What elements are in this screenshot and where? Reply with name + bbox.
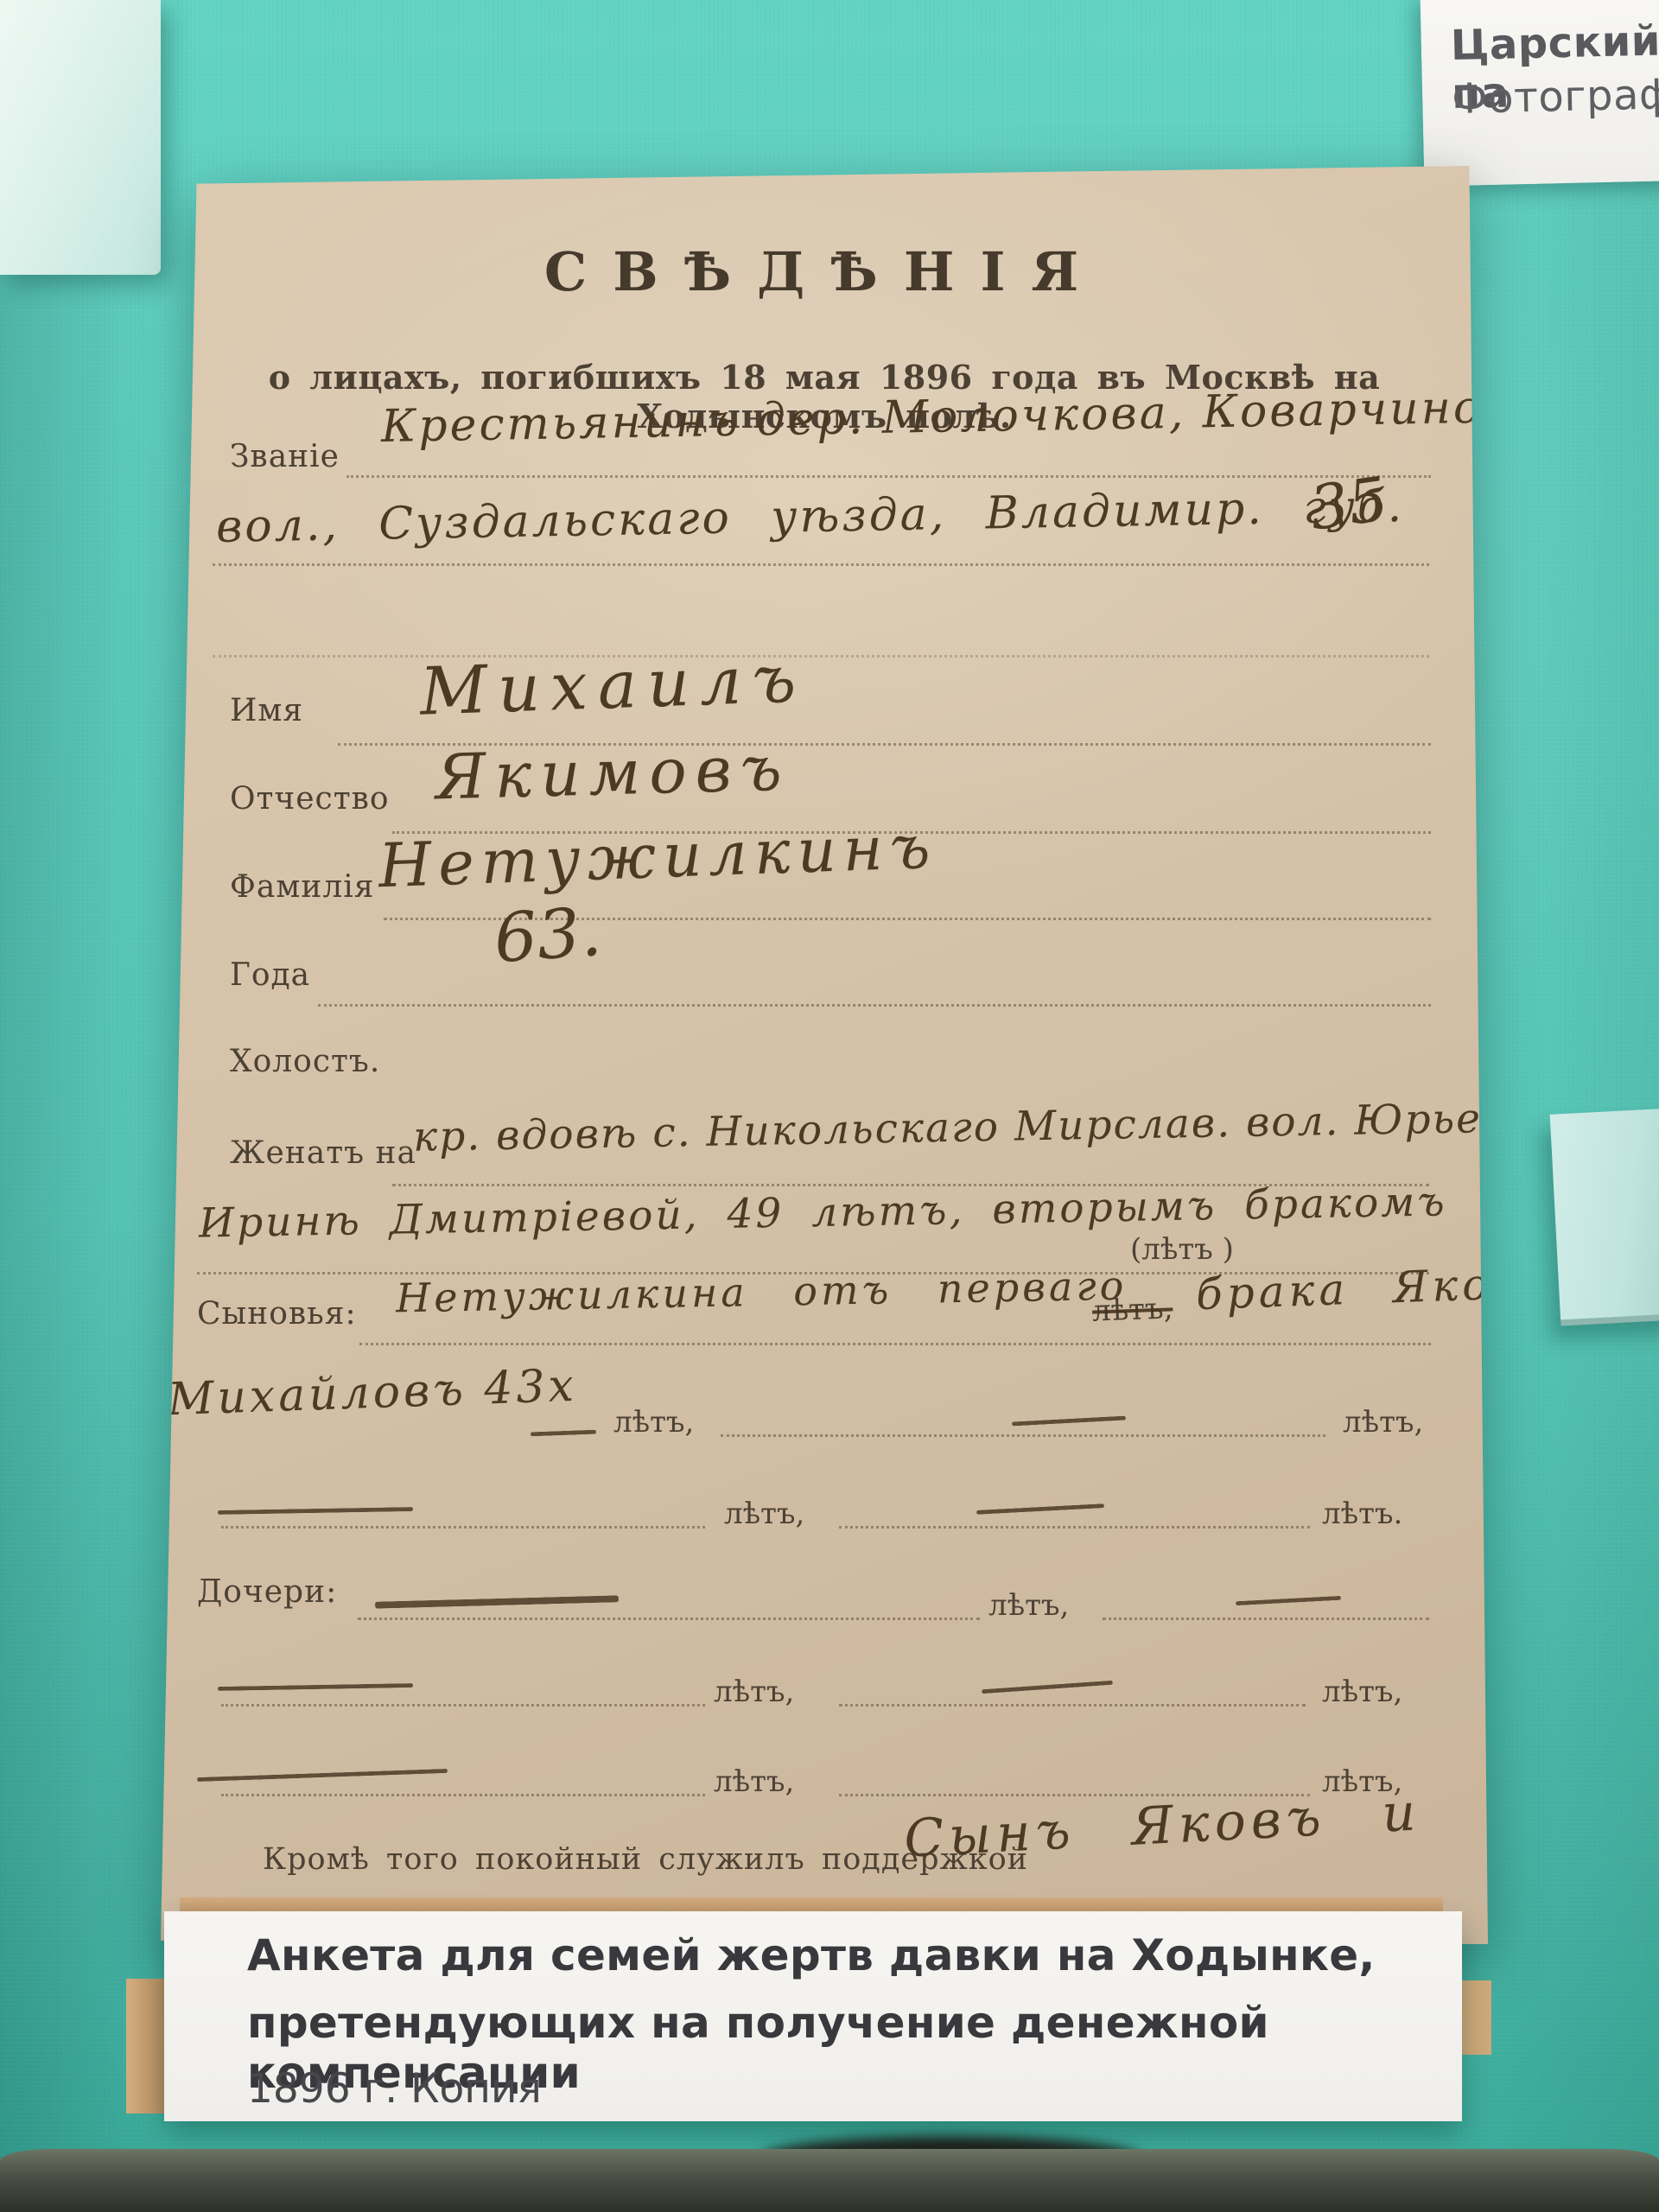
printed-let: лѣтъ, xyxy=(613,1405,694,1440)
hw-zvanie-line2: вол., Суздальскаго уѣзда, Владимир. губ. xyxy=(216,480,1405,553)
printed-let: лѣтъ, xyxy=(988,1588,1069,1623)
handwritten-dash xyxy=(1012,1416,1126,1427)
handwritten-dash xyxy=(375,1595,619,1608)
dotted-line xyxy=(221,1704,705,1707)
caption-line3: 1896 г. Копия xyxy=(247,2065,542,2113)
dotted-line xyxy=(839,1526,1310,1529)
handwritten-dash xyxy=(218,1683,413,1691)
caption-line1: Анкета для семей жертв давки на Ходынке, xyxy=(247,1930,1376,1980)
field-label-zvanie: Званіе xyxy=(230,439,340,474)
display-shelf-edge xyxy=(0,2149,1659,2212)
handwritten-dash xyxy=(197,1769,448,1782)
field-label-otchestvo: Отчество xyxy=(230,781,390,817)
exhibit-box-right xyxy=(1550,1109,1659,1326)
dotted-line xyxy=(213,563,1429,566)
handwritten-dash xyxy=(976,1503,1104,1515)
dotted-line xyxy=(318,1004,1431,1007)
handwritten-dash xyxy=(531,1430,596,1437)
dotted-line xyxy=(1103,1618,1429,1620)
dotted-line xyxy=(721,1434,1325,1437)
handwritten-dash xyxy=(1236,1596,1341,1605)
dotted-line xyxy=(221,1526,705,1529)
field-label-kholost: Холостъ. xyxy=(230,1044,380,1079)
dotted-line xyxy=(221,1794,705,1796)
field-label-familiya: Фамилія xyxy=(230,869,374,905)
field-label-goda: Года xyxy=(230,957,310,993)
field-label-synovya: Сыновья: xyxy=(197,1296,357,1332)
dotted-line xyxy=(346,475,1431,478)
dotted-line xyxy=(839,1704,1306,1707)
document-paper: СВѢДѢНІЯ о лицахъ, погибшихъ 18 мая 1896… xyxy=(161,164,1488,1946)
hw-zhenat-line2: Иринѣ Дмитріевой, 49 лѣтъ, вторымъ брако… xyxy=(199,1178,1447,1247)
caption-card: Анкета для семей жертв давки на Ходынке,… xyxy=(164,1911,1462,2121)
hw-imya: Михаилъ xyxy=(419,639,808,730)
caption-stand-wood-right xyxy=(1460,1980,1491,2055)
handwritten-dash xyxy=(218,1507,413,1515)
hw-zhenat-line1: кр. вдовѣ с. Никольскаго Мирслав. вол. Ю… xyxy=(413,1091,1659,1161)
dotted-line xyxy=(213,655,1429,658)
field-label-docheri: Дочери: xyxy=(197,1574,337,1610)
dotted-line xyxy=(359,1343,1431,1345)
printed-let-paren: (лѣтъ ) xyxy=(1130,1232,1234,1267)
exhibit-label-top-right: Царский па Фотографи xyxy=(1421,0,1659,187)
hw-goda: 63. xyxy=(492,893,604,978)
printed-let: лѣтъ. xyxy=(1322,1497,1402,1531)
printed-let: лѣтъ, xyxy=(724,1497,804,1531)
hw-familiya: Нетужилкинъ xyxy=(378,811,938,902)
hw-synovya-1a: Нетужилкина отъ перваго xyxy=(396,1262,1128,1322)
hw-otchestvo: Якимовъ xyxy=(435,732,791,814)
hw-synovya-2: Михайловъ 43х xyxy=(167,1360,578,1427)
exhibit-box-left xyxy=(0,0,161,275)
document-paper-surface: СВѢДѢНІЯ о лицахъ, погибшихъ 18 мая 1896… xyxy=(161,164,1488,1946)
exhibit-label-top-line2: Фотографи xyxy=(1452,69,1659,124)
handwritten-dash xyxy=(982,1681,1113,1694)
field-label-zhenat: Женатъ на xyxy=(230,1135,416,1171)
document-title: СВѢДѢНІЯ xyxy=(161,240,1488,303)
dotted-line xyxy=(358,1618,980,1620)
printed-let: лѣтъ, xyxy=(1322,1675,1402,1709)
printed-let: лѣтъ, xyxy=(714,1675,794,1709)
hw-zvanie-flourish: 35 xyxy=(1306,463,1392,544)
caption-stand-wood-left xyxy=(126,1979,166,2113)
printed-let-struck: лѣтъ, xyxy=(1091,1291,1173,1328)
printed-let: лѣтъ, xyxy=(714,1764,794,1799)
printed-let: лѣтъ, xyxy=(1343,1405,1423,1440)
field-label-imya: Имя xyxy=(230,693,303,728)
